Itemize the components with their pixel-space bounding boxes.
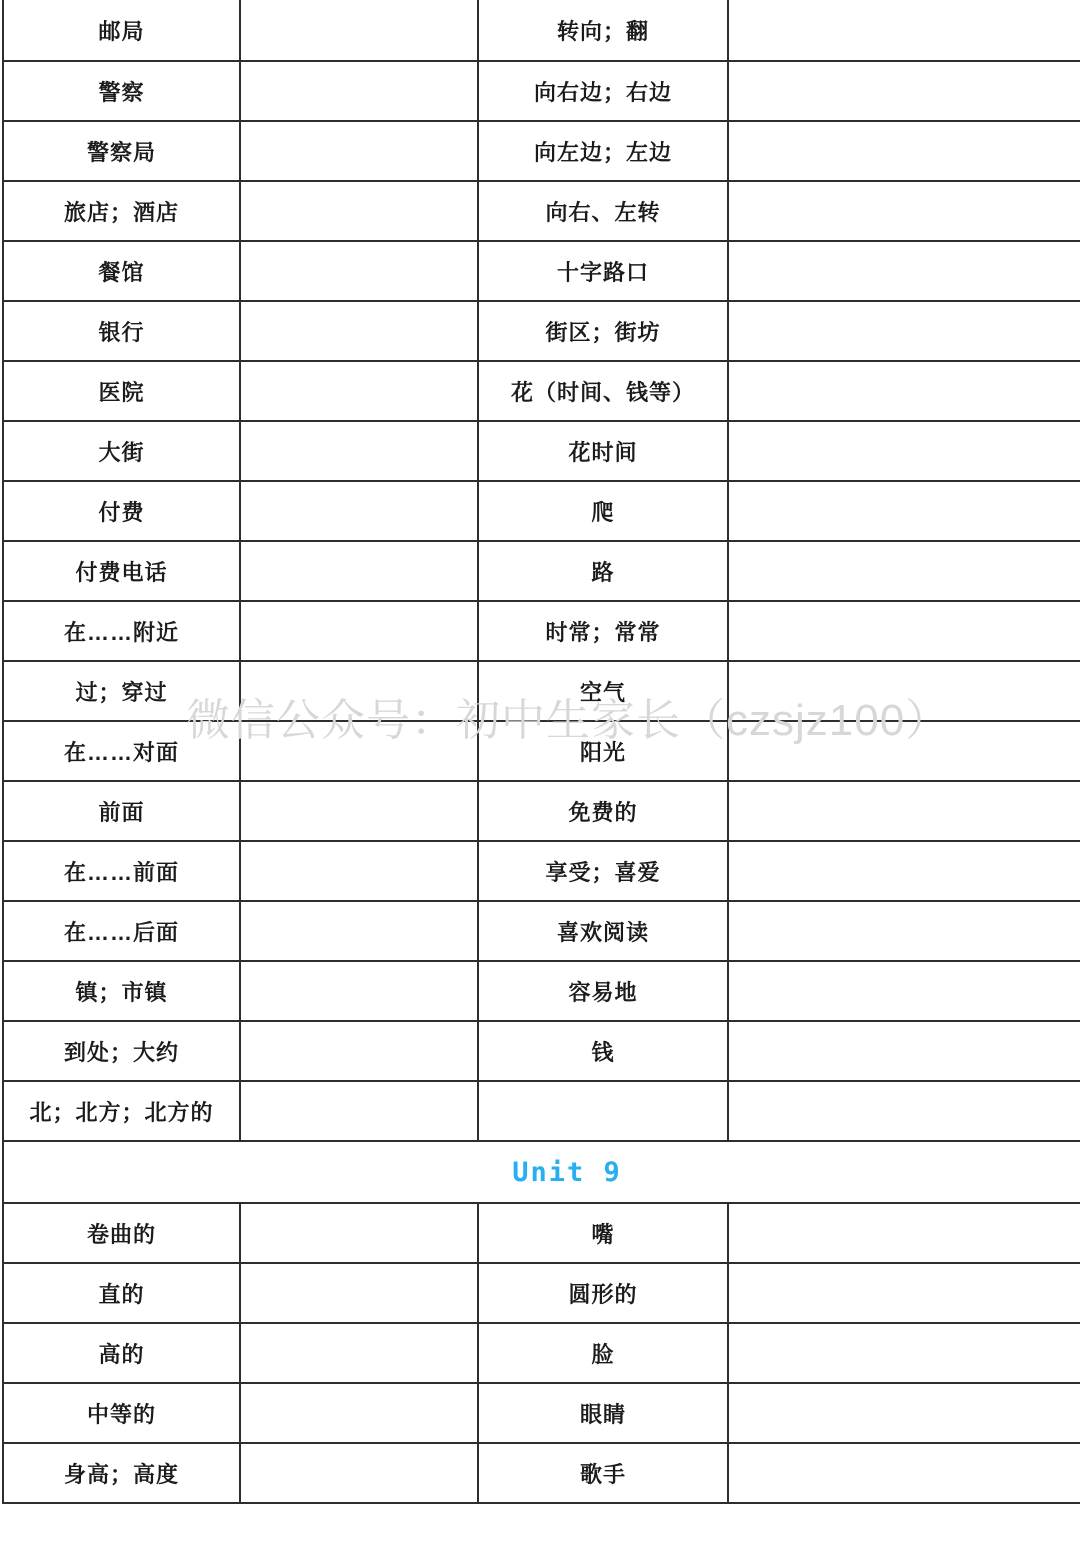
answer-blank-cell [729,542,1080,602]
answer-blank-cell [729,422,1080,482]
answer-blank-cell [241,1264,479,1324]
chinese-meaning-cell: 向右、左转 [479,182,729,242]
answer-blank-cell [241,1204,479,1264]
answer-blank-cell [241,422,479,482]
chinese-meaning-cell: 爬 [479,482,729,542]
table-row: 银行 街区；街坊 [2,302,1080,362]
answer-blank-cell [241,842,479,902]
table-row: 在……附近 时常；常常 [2,602,1080,662]
chinese-meaning-cell: 在……附近 [2,602,241,662]
chinese-meaning-cell: 北；北方；北方的 [2,1082,241,1142]
table-row: 在……前面 享受；喜爱 [2,842,1080,902]
answer-blank-cell [729,182,1080,242]
chinese-meaning-cell: 付费 [2,482,241,542]
table-row: 在……对面 阳光 [2,722,1080,782]
chinese-meaning-cell: 歌手 [479,1444,729,1504]
chinese-meaning-cell: 警察 [2,62,241,122]
table-row: 警察局 向左边；左边 [2,122,1080,182]
table-row: 卷曲的 嘴 [2,1204,1080,1264]
answer-blank-cell [729,782,1080,842]
table-row: 餐馆 十字路口 [2,242,1080,302]
chinese-meaning-cell: 卷曲的 [2,1204,241,1264]
chinese-meaning-cell: 花（时间、钱等） [479,362,729,422]
table-row: 大街 花时间 [2,422,1080,482]
answer-blank-cell [241,962,479,1022]
chinese-meaning-cell: 花时间 [479,422,729,482]
table-row: 过；穿过 空气 [2,662,1080,722]
answer-blank-cell [241,182,479,242]
answer-blank-cell [729,842,1080,902]
answer-blank-cell [729,0,1080,62]
chinese-meaning-cell: 免费的 [479,782,729,842]
table-row: 警察 向右边；右边 [2,62,1080,122]
answer-blank-cell [729,122,1080,182]
answer-blank-cell [241,1082,479,1142]
chinese-meaning-cell: 付费电话 [2,542,241,602]
table-row: 医院 花（时间、钱等） [2,362,1080,422]
chinese-meaning-cell: 容易地 [479,962,729,1022]
answer-blank-cell [729,962,1080,1022]
answer-blank-cell [729,1264,1080,1324]
chinese-meaning-cell: 在……后面 [2,902,241,962]
chinese-meaning-cell: 路 [479,542,729,602]
answer-blank-cell [729,482,1080,542]
answer-blank-cell [241,1384,479,1444]
chinese-meaning-cell: 餐馆 [2,242,241,302]
chinese-meaning-cell: 钱 [479,1022,729,1082]
answer-blank-cell [241,542,479,602]
answer-blank-cell [241,1444,479,1504]
unit-divider-label: Unit 9 [512,1157,622,1188]
chinese-meaning-cell: 享受；喜爱 [479,842,729,902]
answer-blank-cell [241,902,479,962]
table-row: 中等的 眼睛 [2,1384,1080,1444]
chinese-meaning-cell: 街区；街坊 [479,302,729,362]
answer-blank-cell [729,1384,1080,1444]
table-row: 付费电话 路 [2,542,1080,602]
chinese-meaning-cell: 过；穿过 [2,662,241,722]
answer-blank-cell [241,602,479,662]
chinese-meaning-cell: 嘴 [479,1204,729,1264]
answer-blank-cell [241,782,479,842]
document-page: 邮局 转向；翻 警察 向右边；右边 警察局 向左边；左边 旅店；酒店 向右、左转… [0,0,1080,1553]
answer-blank-cell [241,302,479,362]
chinese-meaning-cell: 在……对面 [2,722,241,782]
answer-blank-cell [241,662,479,722]
answer-blank-cell [729,1022,1080,1082]
chinese-meaning-cell: 警察局 [2,122,241,182]
answer-blank-cell [729,242,1080,302]
chinese-meaning-cell: 喜欢阅读 [479,902,729,962]
chinese-meaning-cell: 旅店；酒店 [2,182,241,242]
answer-blank-cell [241,62,479,122]
answer-blank-cell [241,242,479,302]
chinese-meaning-cell: 眼睛 [479,1384,729,1444]
answer-blank-cell [729,362,1080,422]
answer-blank-cell [241,482,479,542]
table-row: 在……后面 喜欢阅读 [2,902,1080,962]
answer-blank-cell [729,902,1080,962]
table-row: 付费 爬 [2,482,1080,542]
table-row: 邮局 转向；翻 [2,0,1080,62]
answer-blank-cell [241,1022,479,1082]
unit-divider-row: Unit 9 [2,1142,1080,1204]
chinese-meaning-cell: 时常；常常 [479,602,729,662]
chinese-meaning-cell: 医院 [2,362,241,422]
answer-blank-cell [241,722,479,782]
table-row: 高的 脸 [2,1324,1080,1384]
answer-blank-cell [729,62,1080,122]
chinese-meaning-cell: 直的 [2,1264,241,1324]
chinese-meaning-cell: 十字路口 [479,242,729,302]
table-row: 直的 圆形的 [2,1264,1080,1324]
answer-blank-cell [241,362,479,422]
answer-blank-cell [729,602,1080,662]
table-section-unit8: 邮局 转向；翻 警察 向右边；右边 警察局 向左边；左边 旅店；酒店 向右、左转… [2,0,1080,1142]
chinese-meaning-cell: 镇；市镇 [2,962,241,1022]
answer-blank-cell [241,0,479,62]
answer-blank-cell [729,1324,1080,1384]
answer-blank-cell [729,302,1080,362]
table-row: 旅店；酒店 向右、左转 [2,182,1080,242]
vocabulary-table: 邮局 转向；翻 警察 向右边；右边 警察局 向左边；左边 旅店；酒店 向右、左转… [2,0,1080,1504]
answer-blank-cell [729,1444,1080,1504]
answer-blank-cell [729,662,1080,722]
answer-blank-cell [729,722,1080,782]
answer-blank-cell [729,1082,1080,1142]
chinese-meaning-cell: 高的 [2,1324,241,1384]
chinese-meaning-cell: 大街 [2,422,241,482]
table-section-unit9: 卷曲的 嘴 直的 圆形的 高的 脸 中等的 眼睛 身高；高度 歌手 [2,1204,1080,1504]
table-row: 身高；高度 歌手 [2,1444,1080,1504]
chinese-meaning-cell: 到处；大约 [2,1022,241,1082]
chinese-meaning-cell: 阳光 [479,722,729,782]
chinese-meaning-cell: 银行 [2,302,241,362]
chinese-meaning-cell: 在……前面 [2,842,241,902]
chinese-meaning-cell [479,1082,729,1142]
chinese-meaning-cell: 转向；翻 [479,0,729,62]
table-row: 镇；市镇 容易地 [2,962,1080,1022]
chinese-meaning-cell: 向右边；右边 [479,62,729,122]
chinese-meaning-cell: 邮局 [2,0,241,62]
table-row: 到处；大约 钱 [2,1022,1080,1082]
chinese-meaning-cell: 向左边；左边 [479,122,729,182]
chinese-meaning-cell: 脸 [479,1324,729,1384]
chinese-meaning-cell: 空气 [479,662,729,722]
chinese-meaning-cell: 身高；高度 [2,1444,241,1504]
answer-blank-cell [729,1204,1080,1264]
chinese-meaning-cell: 中等的 [2,1384,241,1444]
chinese-meaning-cell: 前面 [2,782,241,842]
answer-blank-cell [241,122,479,182]
answer-blank-cell [241,1324,479,1384]
table-row: 前面 免费的 [2,782,1080,842]
chinese-meaning-cell: 圆形的 [479,1264,729,1324]
table-row: 北；北方；北方的 [2,1082,1080,1142]
